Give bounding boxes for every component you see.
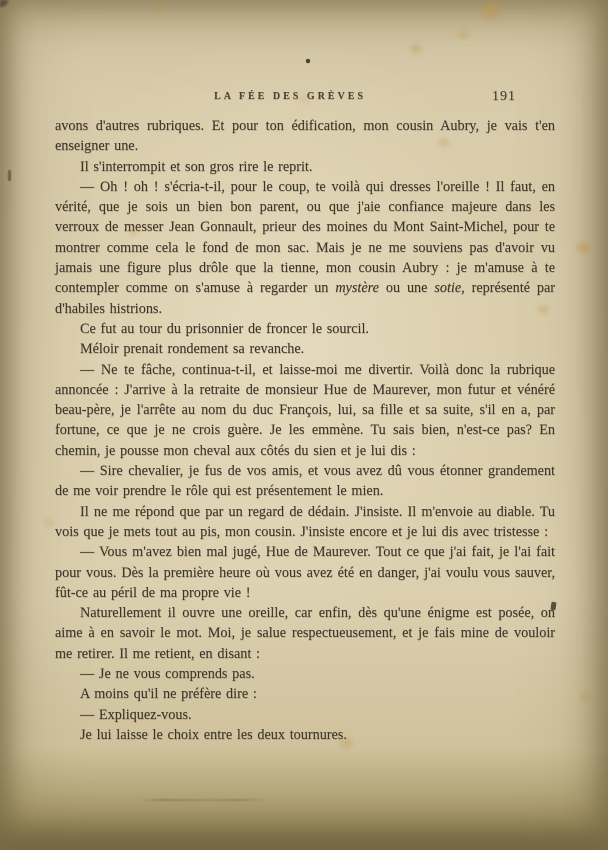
text-run: — Oh ! oh ! s'écria-t-il, pour le coup, …	[55, 179, 555, 296]
text-run: Il ne me répond que par un regard de déd…	[55, 504, 555, 540]
scanned-book-page: LA FÉE DES GRÈVES 191 avons d'autres rub…	[0, 0, 608, 850]
text-run: Ce fut au tour du prisonnier de froncer …	[80, 321, 369, 337]
foxing-spot	[577, 242, 591, 254]
paragraph: avons d'autres rubriques. Et pour ton éd…	[55, 116, 555, 157]
page-number: 191	[492, 89, 516, 105]
foxing-spot	[410, 44, 422, 54]
text-run: Je lui laisse le choix entre les deux to…	[80, 727, 347, 743]
ink-dot	[306, 59, 310, 63]
foxing-spot	[129, 228, 138, 236]
paragraph: Je lui laisse le choix entre les deux to…	[55, 725, 555, 745]
foxing-spot	[154, 1, 165, 10]
foxing-spot	[482, 3, 500, 19]
foxing-spot	[300, 95, 310, 103]
foxing-spot	[458, 30, 468, 39]
paragraph: Méloir prenait rondement sa revanche.	[55, 339, 555, 359]
edge-ink-mark	[8, 170, 11, 181]
paragraph: — Sire chevalier, je fus de vos amis, et…	[55, 461, 555, 502]
section-divider-rule	[139, 799, 267, 801]
paragraph: Il ne me répond que par un regard de déd…	[55, 502, 555, 543]
text-run: — Expliquez-vous.	[80, 707, 192, 723]
italic-text: mystère	[335, 280, 379, 296]
text-run: Méloir prenait rondement sa revanche.	[80, 341, 304, 357]
text-run: avons d'autres rubriques. Et pour ton éd…	[55, 118, 555, 154]
paragraph: A moins qu'il ne préfère dire :	[55, 684, 555, 704]
text-run: A moins qu'il ne préfère dire :	[80, 686, 257, 702]
paragraph: — Ne te fâche, continua-t-il, et laisse-…	[55, 360, 555, 461]
text-run: Il s'interrompit et son gros rire le rep…	[80, 159, 312, 175]
paragraph: — Expliquez-vous.	[55, 705, 555, 725]
foxing-spot	[340, 738, 353, 749]
paragraph: Ce fut au tour du prisonnier de froncer …	[55, 319, 555, 339]
corner-shadow	[0, 0, 8, 7]
paragraph: Naturellement il ouvre une oreille, car …	[55, 603, 555, 664]
text-run: ou une	[379, 280, 434, 296]
italic-text: sotie	[434, 280, 461, 296]
foxing-spot	[438, 138, 449, 147]
text-run: — Sire chevalier, je fus de vos amis, et…	[55, 463, 555, 499]
text-run: — Ne te fâche, continua-t-il, et laisse-…	[55, 362, 555, 459]
paragraph: — Vous m'avez bien mal jugé, Hue de Maur…	[55, 542, 555, 603]
text-run: — Vous m'avez bien mal jugé, Hue de Maur…	[55, 544, 555, 601]
text-run: Naturellement il ouvre une oreille, car …	[55, 605, 555, 662]
foxing-spot	[580, 692, 591, 702]
text-run: — Je ne vous comprends pas.	[80, 666, 255, 682]
foxing-spot	[538, 305, 549, 314]
text-block: avons d'autres rubriques. Et pour ton éd…	[55, 116, 555, 745]
paragraph: Il s'interrompit et son gros rire le rep…	[55, 157, 555, 177]
ink-smudge	[550, 602, 556, 611]
paragraph: — Oh ! oh ! s'écria-t-il, pour le coup, …	[55, 177, 555, 319]
paragraph: — Je ne vous comprends pas.	[55, 664, 555, 684]
foxing-spot	[44, 518, 54, 527]
